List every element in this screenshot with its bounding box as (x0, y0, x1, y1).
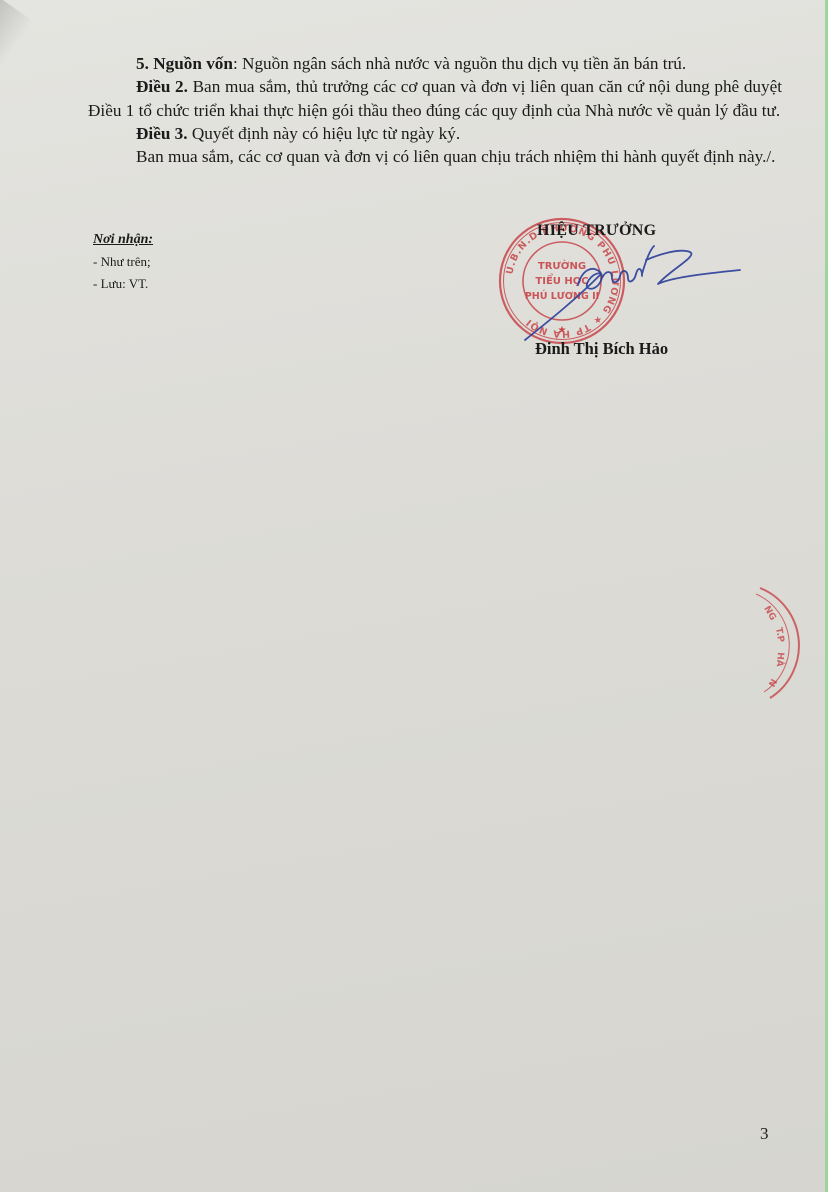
document-body: 5. Nguồn vốn: Nguồn ngân sách nhà nước v… (88, 52, 782, 168)
paragraph-funding-source: 5. Nguồn vốn: Nguồn ngân sách nhà nước v… (88, 52, 782, 75)
paragraph-article-3: Điều 3. Quyết định này có hiệu lực từ ng… (88, 122, 782, 145)
document-page: 5. Nguồn vốn: Nguồn ngân sách nhà nước v… (0, 0, 828, 1192)
svg-text:T.P: T.P (773, 627, 785, 644)
page-number: 3 (760, 1124, 769, 1144)
svg-text:HÀ: HÀ (774, 652, 787, 668)
paper-fold-shadow (0, 0, 34, 292)
recipient-item: - Như trên; (93, 251, 153, 273)
recipients-title: Nơi nhận: (93, 229, 153, 251)
paragraph-execution: Ban mua sắm, các cơ quan và đơn vị có li… (88, 145, 782, 168)
svg-text:N: N (766, 677, 778, 689)
partial-seal-icon: NG T.P HÀ N (750, 580, 828, 705)
recipient-item: - Lưu: VT. (93, 273, 153, 295)
recipients-block: Nơi nhận: - Như trên; - Lưu: VT. (93, 229, 153, 295)
signer-title: HIỆU TRƯỞNG (537, 222, 656, 240)
handwritten-signature-icon (520, 240, 750, 350)
signer-name: Đinh Thị Bích Hảo (535, 339, 668, 359)
paragraph-article-2: Điều 2. Ban mua sắm, thủ trưởng các cơ q… (88, 75, 782, 122)
